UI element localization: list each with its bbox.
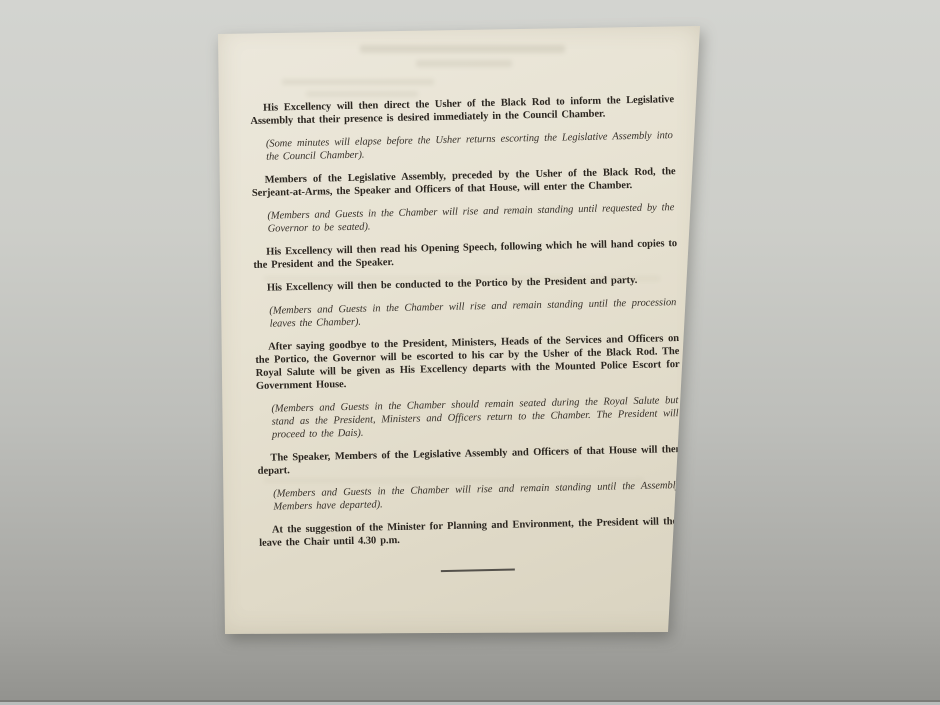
photo-background: His Excellency will then direct the Ushe… (0, 0, 940, 705)
stage-direction-paragraph: (Members and Guests in the Chamber will … (269, 296, 676, 331)
body-paragraph: At the suggestion of the Minister for Pl… (259, 515, 683, 550)
body-paragraph: Members of the Legislative Assembly, pre… (252, 165, 676, 200)
body-paragraph: His Excellency will then direct the Ushe… (250, 93, 674, 128)
ink-bleed-through (416, 60, 512, 67)
ink-bleed-through (360, 45, 565, 53)
paragraph-list: His Excellency will then direct the Ushe… (250, 93, 683, 550)
stage-direction-paragraph: (Some minutes will elapse before the Ush… (266, 129, 673, 164)
body-paragraph: His Excellency will then read his Openin… (253, 237, 677, 272)
document-page: His Excellency will then direct the Ushe… (218, 26, 700, 634)
stage-direction-paragraph: (Members and Guests in the Chamber will … (273, 479, 680, 514)
ink-bleed-through (306, 91, 418, 97)
end-divider-rule (441, 569, 515, 573)
body-paragraph: After saying goodbye to the President, M… (255, 332, 680, 393)
paper-sheet-wrapper: His Excellency will then direct the Ushe… (218, 26, 700, 634)
document-content: His Excellency will then direct the Ushe… (250, 93, 684, 576)
stage-direction-paragraph: (Members and Guests in the Chamber will … (267, 201, 674, 236)
ink-bleed-through (282, 79, 434, 85)
stage-direction-paragraph: (Members and Guests in the Chamber shoul… (271, 394, 679, 442)
body-paragraph: The Speaker, Members of the Legislative … (257, 443, 681, 478)
body-paragraph: His Excellency will then be conducted to… (254, 273, 678, 295)
